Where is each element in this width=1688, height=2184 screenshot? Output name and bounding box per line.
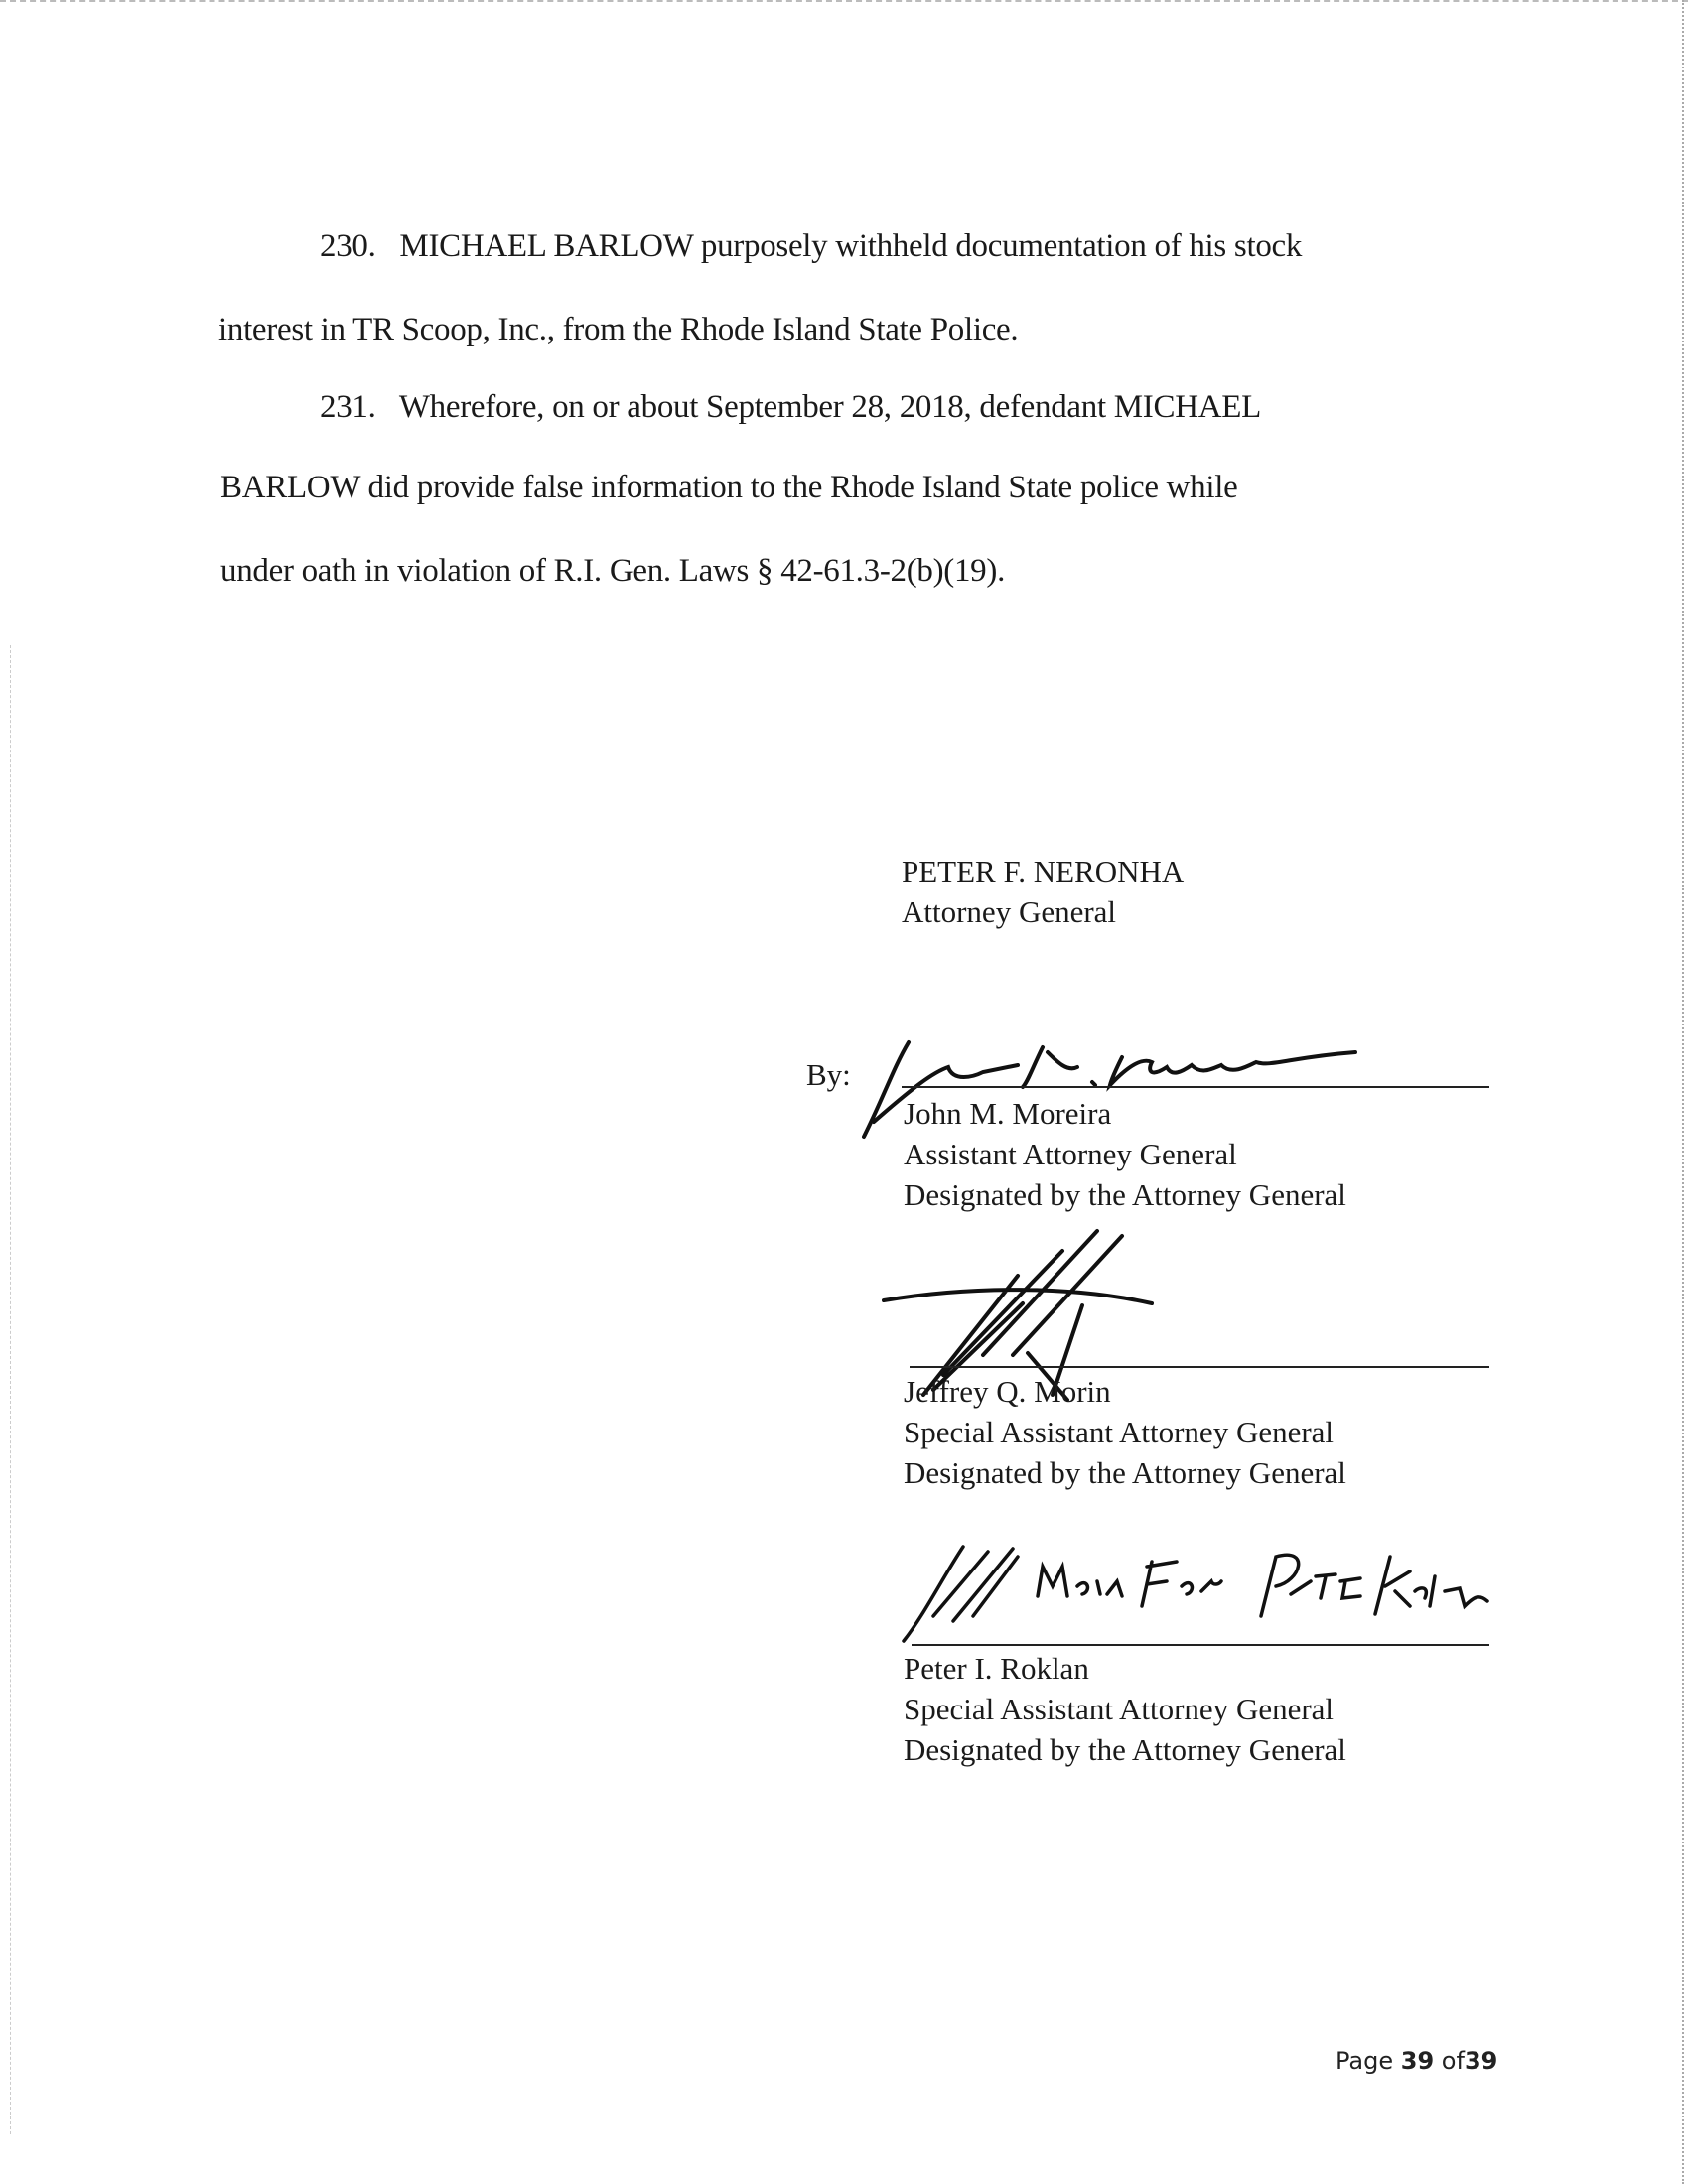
total-pages: 39 xyxy=(1465,2047,1497,2075)
scan-artifact-right xyxy=(1682,0,1684,2184)
attorney-general-name: PETER F. NERONHA xyxy=(902,851,1184,891)
scan-artifact-top xyxy=(0,0,1688,6)
signature-roklan xyxy=(894,1537,1489,1646)
page-number: Page 39 of39 xyxy=(1336,2047,1497,2075)
of-label: of xyxy=(1442,2047,1465,2075)
paragraph-231-line1: 231. Wherefore, on or about September 28… xyxy=(320,389,1261,426)
signature-line-1 xyxy=(902,1086,1489,1088)
paragraph-230-line2: interest in TR Scoop, Inc., from the Rho… xyxy=(218,312,1018,348)
page-label: Page xyxy=(1336,2047,1393,2075)
paragraph-230-line1: 230. MICHAEL BARLOW purposely withheld d… xyxy=(320,228,1302,265)
signer-1-name: John M. Moreira xyxy=(904,1093,1111,1134)
scan-artifact-left xyxy=(10,645,11,2134)
paragraph-number: 230. xyxy=(320,228,376,264)
signer-3-title: Special Assistant Attorney General xyxy=(904,1689,1334,1729)
by-label: By: xyxy=(806,1054,851,1095)
paragraph-231-line3: under oath in violation of R.I. Gen. Law… xyxy=(220,553,1005,590)
current-page: 39 xyxy=(1401,2047,1434,2075)
attorney-general-title: Attorney General xyxy=(902,891,1116,932)
signer-1-title: Assistant Attorney General xyxy=(904,1134,1237,1174)
paragraph-231-line2: BARLOW did provide false information to … xyxy=(220,470,1237,506)
paragraph-text: Wherefore, on or about September 28, 201… xyxy=(399,389,1261,425)
signer-3-designation: Designated by the Attorney General xyxy=(904,1729,1346,1770)
signer-2-title: Special Assistant Attorney General xyxy=(904,1412,1334,1452)
paragraph-number: 231. xyxy=(320,389,376,425)
signer-1-designation: Designated by the Attorney General xyxy=(904,1174,1346,1215)
signer-2-name: Jeffrey Q. Morin xyxy=(904,1371,1111,1412)
paragraph-text: MICHAEL BARLOW purposely withheld docume… xyxy=(399,228,1302,264)
signature-line-3 xyxy=(912,1644,1489,1646)
signer-2-designation: Designated by the Attorney General xyxy=(904,1452,1346,1493)
signature-line-2 xyxy=(910,1366,1489,1368)
signer-3-name: Peter I. Roklan xyxy=(904,1648,1089,1689)
